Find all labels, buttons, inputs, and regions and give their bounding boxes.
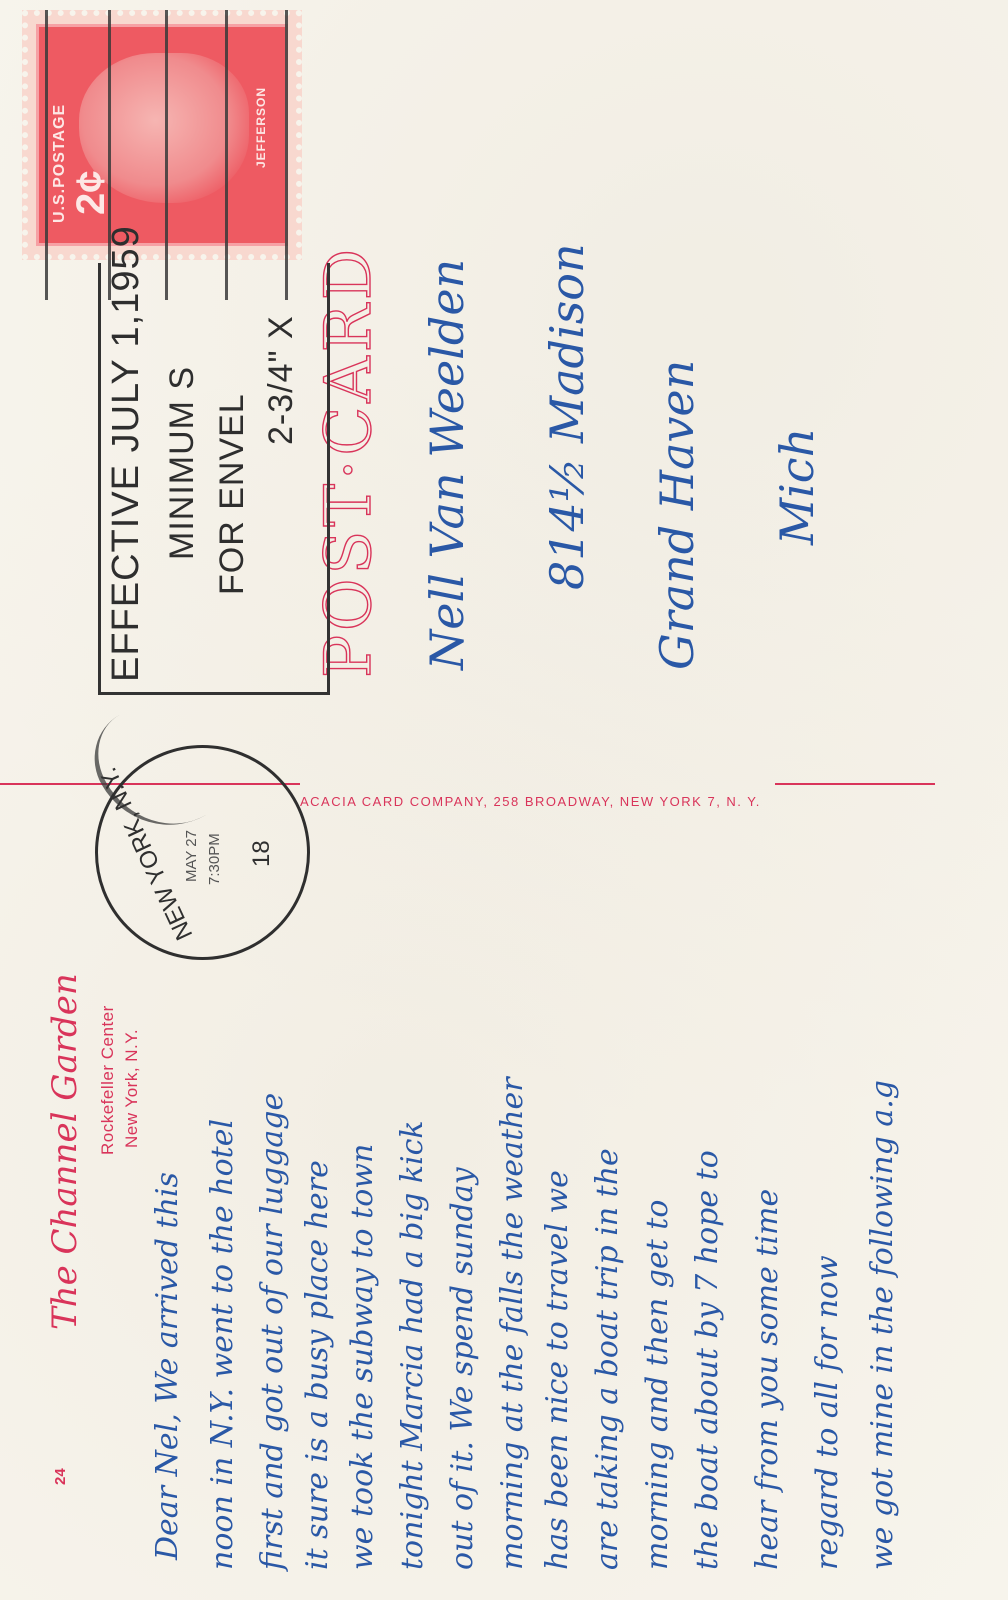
slogan-line-4: 2-3/4" X (262, 315, 301, 445)
card-title: The Channel Garden (45, 973, 85, 1330)
address-line-street: 814½ Madison (540, 243, 594, 590)
card-subtitle-line1: Rockefeller Center (98, 1005, 118, 1155)
address-line-city: Grand Haven (650, 360, 704, 670)
slogan-line-1: EFFECTIVE JULY 1,1959 (105, 225, 148, 682)
message-line: are taking a boat trip in the (590, 1148, 625, 1570)
message-line: morning at the falls the weather (495, 1077, 530, 1570)
cancellation-bars (30, 0, 310, 300)
postmark-time: 7:30PM (206, 833, 223, 885)
cancel-bar (285, 10, 288, 300)
message-line: out of it. We spend sunday (445, 1167, 480, 1570)
message-line: morning and then get to (640, 1200, 675, 1570)
publisher-imprint: ACACIA CARD COMPANY, 258 BROADWAY, NEW Y… (300, 794, 761, 809)
postmark-date: MAY 27 (183, 830, 200, 882)
message-line: hear from you some time (750, 1189, 785, 1570)
message-line: Dear Nel, We arrived this (150, 1172, 185, 1560)
cancel-bar (45, 10, 48, 300)
slogan-line-3: FOR ENVEL (213, 393, 252, 595)
message-line: noon in N.Y. went to the hotel (205, 1119, 240, 1570)
message-line: we took the subway to town (345, 1144, 380, 1570)
message-line: tonight Marcia had a big kick (395, 1120, 430, 1570)
message-line: has been nice to travel we (540, 1170, 575, 1570)
divider-segment-bottom (775, 783, 935, 785)
card-subtitle-line2: New York, N.Y. (122, 1029, 142, 1148)
message-line: it sure is a busy place here (300, 1160, 335, 1570)
message-line: regard to all for now (810, 1255, 845, 1570)
slogan-line-2: MINIMUM S (163, 366, 202, 560)
cancel-bar (225, 10, 228, 300)
message-line: the boat about by 7 hope to (690, 1150, 725, 1570)
circular-postmark: NEW YORK, N.Y. MAY 27 7:30PM 18 (95, 745, 310, 960)
address-line-state: Mich (770, 428, 824, 545)
address-line-name: Nell Van Weelden (420, 259, 474, 670)
message-line: we got mine in the following a.g (865, 1080, 900, 1570)
postmark-station: 18 (248, 840, 276, 867)
message-line: first and got out of our luggage (255, 1093, 290, 1570)
postcard-back: 24 The Channel Garden Rockefeller Center… (0, 0, 1008, 1600)
cancel-bar (165, 10, 168, 300)
card-number: 24 (52, 1468, 69, 1485)
